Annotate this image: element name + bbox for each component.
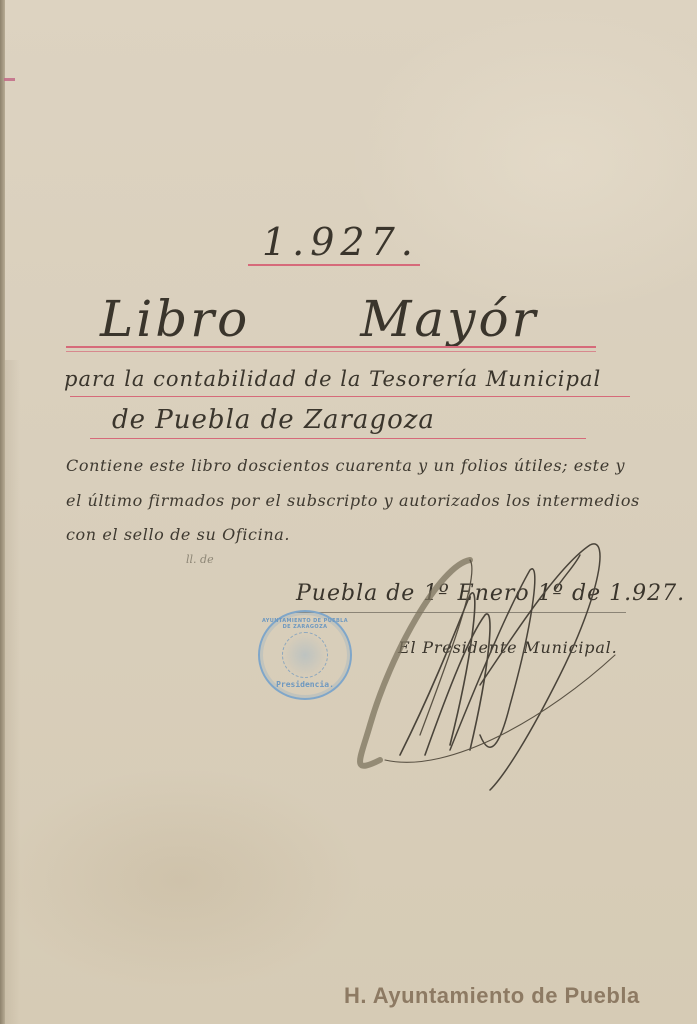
handwritten-signature	[330, 535, 630, 795]
subtitle-line-1: para la contabilidad de la Tesorería Mun…	[64, 367, 601, 391]
stamp-emblem-icon	[282, 632, 328, 678]
scanned-page: 1.927. LibroMayór para la contabilidad d…	[0, 0, 697, 1024]
subtitle-line-2: de Puebla de Zaragoza	[112, 405, 435, 435]
body-line-3: con el sello de su Oficina.	[66, 525, 290, 544]
year-heading: 1.927.	[262, 220, 419, 264]
subtitle-underline-1	[70, 396, 630, 397]
subtitle-underline-2	[90, 438, 586, 439]
margin-red-tick	[4, 78, 15, 81]
body-line-1: Contiene este libro doscientos cuarenta …	[66, 456, 625, 475]
title-word-libro: Libro	[100, 290, 250, 348]
year-underline	[248, 264, 420, 266]
title-word-mayor: Mayór	[360, 290, 538, 348]
body-line-2: el último firmados por el subscripto y a…	[66, 491, 640, 510]
archive-watermark: H. Ayuntamiento de Puebla	[344, 983, 640, 1009]
document-title: LibroMayór	[100, 290, 538, 348]
title-underline-2	[66, 351, 596, 352]
book-spine-edge	[0, 0, 5, 1024]
margin-annotation: ll. de	[186, 553, 214, 566]
title-underline-1	[66, 346, 596, 348]
